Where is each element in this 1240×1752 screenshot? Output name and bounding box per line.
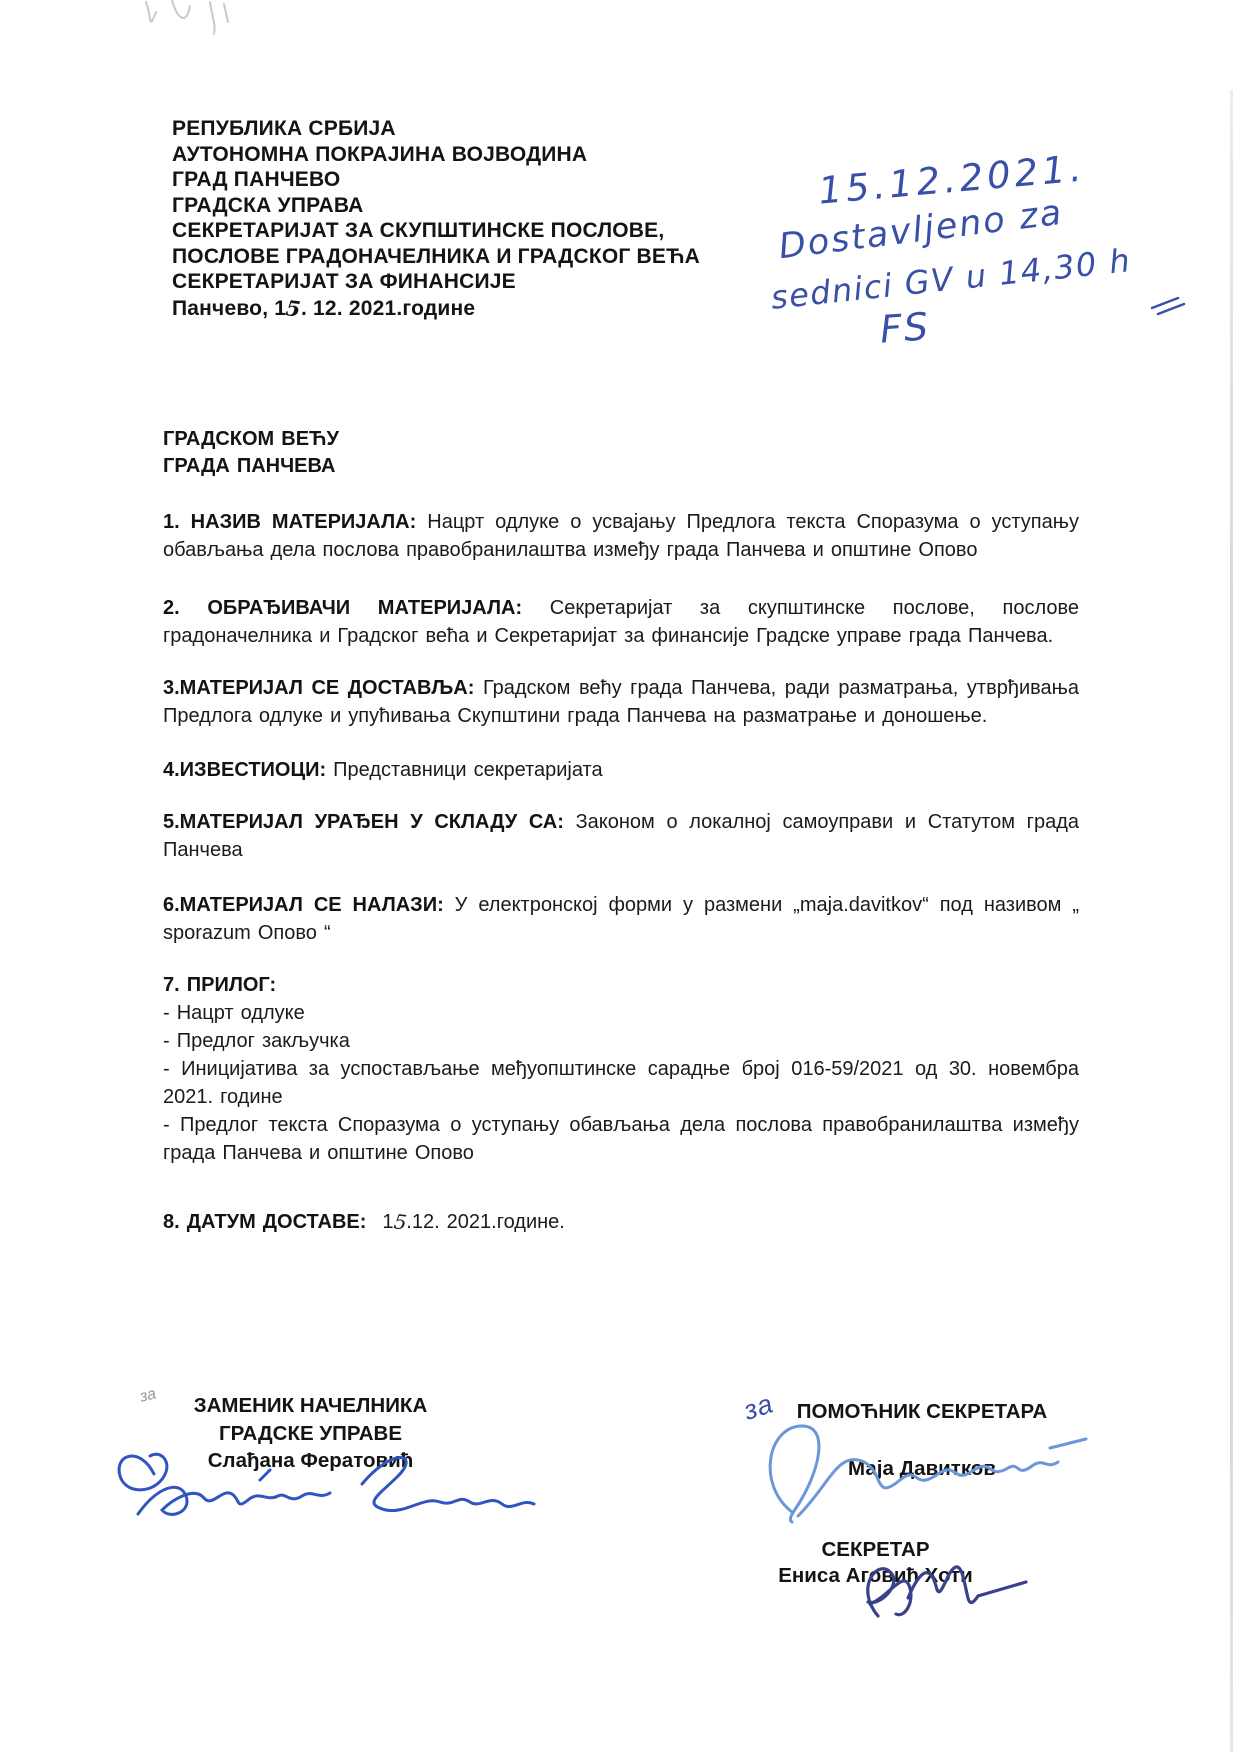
attachment-item: - Иницијатива за успостављање међуопштин… <box>163 1055 1079 1111</box>
section-4: 4.ИЗВЕСТИОЦИ: Представници секретаријата <box>163 756 1079 784</box>
overwritten-digit: 5 <box>392 1207 408 1236</box>
attachment-item: - Нацрт одлуке <box>163 999 1079 1027</box>
section-1: 1. НАЗИВ МАТЕРИЈАЛА: Нацрт одлуке о усва… <box>163 508 1079 564</box>
handwritten-za-left: за <box>138 1385 158 1406</box>
letterhead-line: ГРАД ПАНЧЕВО <box>172 167 892 193</box>
recipient-block: ГРАДСКОМ ВЕЋУ ГРАДА ПАНЧЕВА <box>163 426 1079 480</box>
section-3-label: 3.МАТЕРИЈАЛ СЕ ДОСТАВЉА: <box>163 677 474 699</box>
section-3: 3.МАТЕРИЈАЛ СЕ ДОСТАВЉА: Градском већу г… <box>163 674 1079 730</box>
section-7-label: 7. ПРИЛОГ: <box>163 974 276 996</box>
section-4-text: Представници секретаријата <box>333 759 602 781</box>
section-1-label: 1. НАЗИВ МАТЕРИЈАЛА: <box>163 511 416 533</box>
section-5: 5.МАТЕРИЈАЛ УРАЂЕН У СКЛАДУ СА: Законом … <box>163 808 1079 864</box>
attachment-item: - Предлог закључка <box>163 1027 1079 1055</box>
document-body: ГРАДСКОМ ВЕЋУ ГРАДА ПАНЧЕВА 1. НАЗИВ МАТ… <box>163 426 1079 1236</box>
section-8-delivery-date: 8. ДАТУМ ДОСТАВЕ:15.12. 2021.године. <box>163 1207 1079 1236</box>
section-4-label: 4.ИЗВЕСТИОЦИ: <box>163 759 326 781</box>
letterhead-line: ГРАДСКА УПРАВА <box>172 193 892 219</box>
recipient-line: ГРАДСКОМ ВЕЋУ <box>163 426 1079 453</box>
attachment-item: - Предлог текста Споразума о уступању об… <box>163 1111 1079 1167</box>
signatory-left-title: ЗАМЕНИК НАЧЕЛНИКА <box>168 1392 453 1420</box>
signature-sladjana-feratovic <box>110 1438 540 1538</box>
letterhead-line: АУТОНОМНА ПОКРАЈИНА ВОЈВОДИНА <box>172 142 892 168</box>
letterhead-line: РЕПУБЛИКА СРБИЈА <box>172 116 892 142</box>
section-2-label: 2. ОБРАЂИВАЧИ МАТЕРИЈАЛА: <box>163 597 522 619</box>
recipient-line: ГРАДА ПАНЧЕВА <box>163 453 1079 480</box>
delivery-date-value: 15.12. 2021.године. <box>382 1211 564 1233</box>
section-5-label: 5.МАТЕРИЈАЛ УРАЂЕН У СКЛАДУ СА: <box>163 811 564 833</box>
overwritten-digit: 5 <box>285 295 303 322</box>
section-6: 6.МАТЕРИЈАЛ СЕ НАЛАЗИ: У електронској фо… <box>163 891 1079 947</box>
section-7-attachments: 7. ПРИЛОГ: <box>163 971 1079 999</box>
handwritten-initials: FS <box>879 304 932 351</box>
handwritten-double-underline <box>1148 294 1198 316</box>
section-8-label: 8. ДАТУМ ДОСТАВЕ: <box>163 1211 366 1233</box>
signature-enisa-agovic-hoti <box>848 1552 1038 1630</box>
signature-maja-davitkov <box>752 1412 1092 1540</box>
scanned-document-page: РЕПУБЛИКА СРБИЈА АУТОНОМНА ПОКРАЈИНА ВОЈ… <box>0 0 1240 1752</box>
scan-edge-line <box>1230 90 1233 1752</box>
section-6-label: 6.МАТЕРИЈАЛ СЕ НАЛАЗИ: <box>163 894 444 916</box>
section-2: 2. ОБРАЂИВАЧИ МАТЕРИЈАЛА: Секретаријат з… <box>163 594 1079 650</box>
scan-artifact-smudge <box>128 0 258 45</box>
